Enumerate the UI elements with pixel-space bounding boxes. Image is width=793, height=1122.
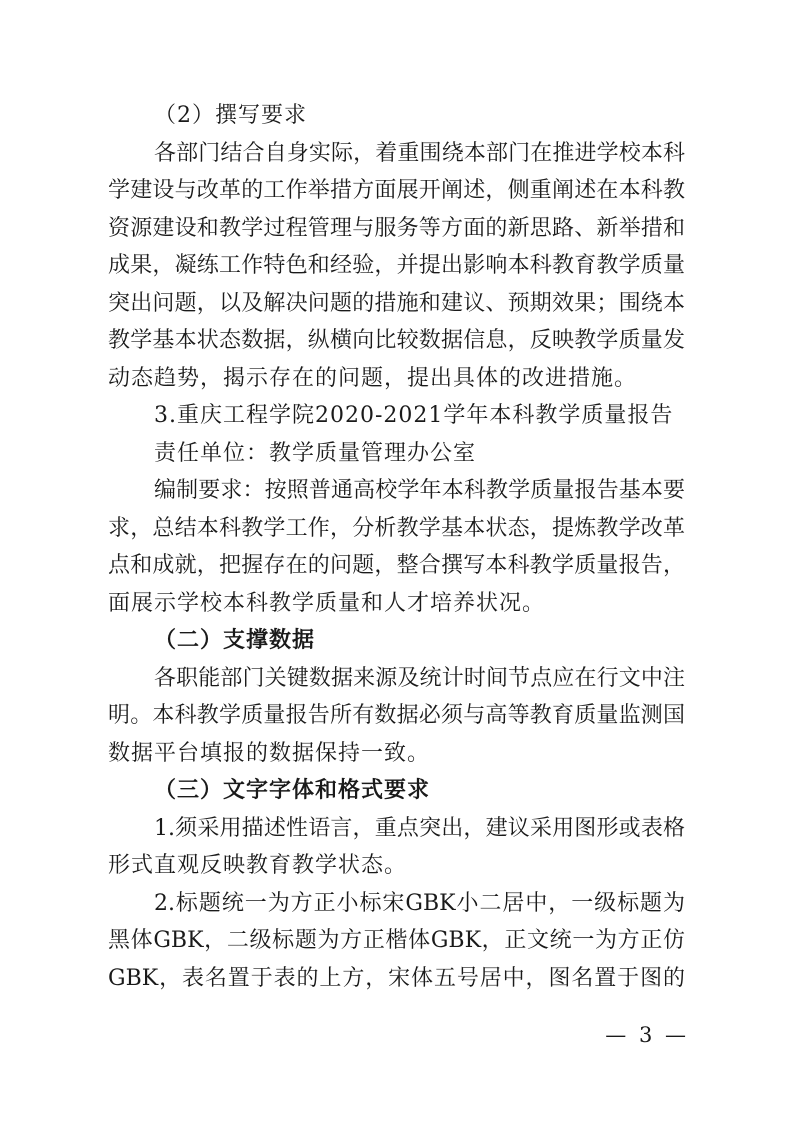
text-line: 各部门结合自身实际，着重围绕本部门在推进学校本科教 (108, 135, 685, 173)
text-line: 责任单位：教学质量管理办公室 (108, 435, 685, 473)
text-line: 求，总结本科教学工作，分析教学基本状态，提炼教学改革亮 (108, 510, 685, 548)
text-line: GBK，表名置于表的上方，宋体五号居中，图名置于图的下方， (108, 960, 685, 998)
text-line: 面展示学校本科教学质量和人才培养状况。 (108, 585, 685, 623)
text-line: 黑体GBK，二级标题为方正楷体GBK，正文统一为方正仿宋 (108, 922, 685, 960)
text-line: 教学基本状态数据，纵横向比较数据信息，反映教学质量发展 (108, 322, 685, 360)
text-line: 动态趋势，揭示存在的问题，提出具体的改进措施。 (108, 360, 685, 398)
page-number: — 3 — (605, 1021, 689, 1049)
text-line: 数据平台填报的数据保持一致。 (108, 735, 685, 773)
text-line: 3.重庆工程学院2020-2021学年本科教学质量报告 (108, 397, 685, 435)
text-line: （三）文字字体和格式要求 (108, 772, 685, 810)
document-page: （2）撰写要求各部门结合自身实际，着重围绕本部门在推进学校本科教学建设与改革的工… (0, 0, 793, 1122)
text-line: （2）撰写要求 (108, 97, 685, 135)
text-line: 资源建设和教学过程管理与服务等方面的新思路、新举措和新 (108, 210, 685, 248)
text-line: 点和成就，把握存在的问题，整合撰写本科教学质量报告，全 (108, 547, 685, 585)
text-line: 各职能部门关键数据来源及统计时间节点应在行文中注 (108, 660, 685, 698)
text-line: 2.标题统一为方正小标宋GBK小二居中，一级标题为方正 (108, 885, 685, 923)
text-line: 形式直观反映教育教学状态。 (108, 847, 685, 885)
text-line: 成果，凝练工作特色和经验，并提出影响本科教育教学质量的 (108, 247, 685, 285)
text-line: 突出问题，以及解决问题的措施和建议、预期效果；围绕本科 (108, 285, 685, 323)
page-number-text: — 3 — (605, 1023, 689, 1047)
text-line: 编制要求：按照普通高校学年本科教学质量报告基本要 (108, 472, 685, 510)
document-body: （2）撰写要求各部门结合自身实际，着重围绕本部门在推进学校本科教学建设与改革的工… (108, 97, 685, 997)
text-line: 明。本科教学质量报告所有数据必须与高等教育质量监测国家 (108, 697, 685, 735)
text-line: （二）支撑数据 (108, 622, 685, 660)
text-line: 1.须采用描述性语言，重点突出，建议采用图形或表格的 (108, 810, 685, 848)
text-line: 学建设与改革的工作举措方面展开阐述，侧重阐述在本科教学 (108, 172, 685, 210)
